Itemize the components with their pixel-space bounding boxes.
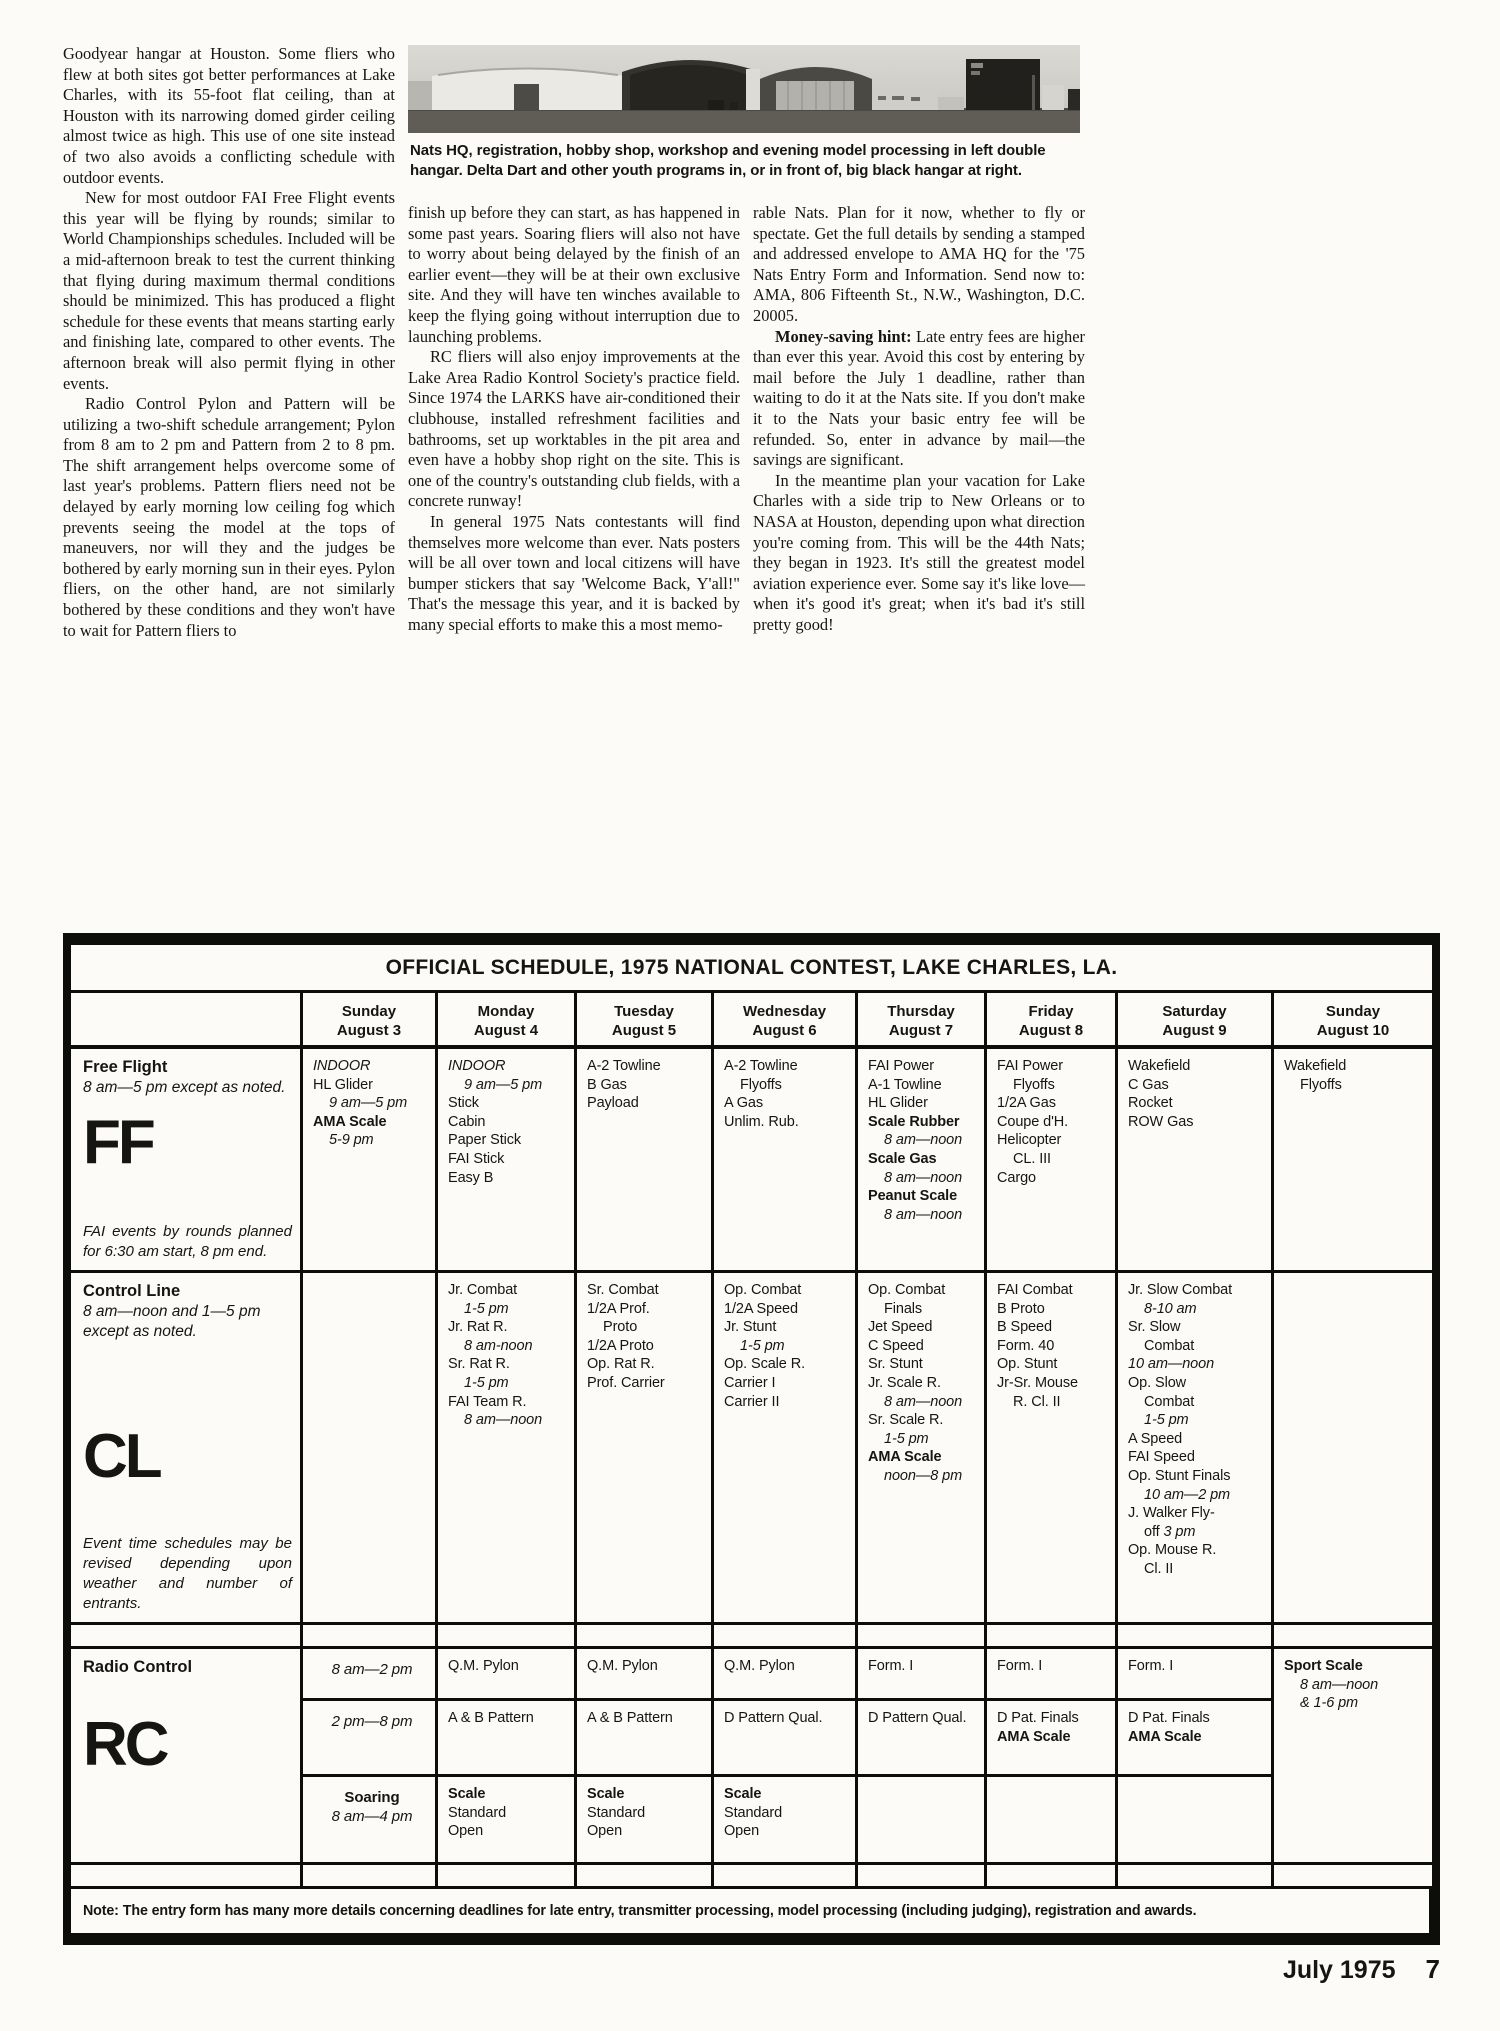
event-line: Q.M. Pylon bbox=[448, 1657, 570, 1676]
event-line: Cabin bbox=[448, 1113, 570, 1132]
event-line: A Speed bbox=[1128, 1430, 1267, 1449]
event-line: Form. I bbox=[868, 1657, 980, 1676]
event-line: 1-5 pm bbox=[1128, 1411, 1267, 1430]
event-line: Stick bbox=[448, 1094, 570, 1113]
event-line: 1/2A Prof. bbox=[587, 1300, 707, 1319]
event-line: D Pattern Qual. bbox=[868, 1709, 980, 1728]
event-line: Jr-Sr. Mouse bbox=[997, 1374, 1111, 1393]
event-line: Open bbox=[724, 1822, 851, 1841]
event-line: 8 am—noon bbox=[1284, 1676, 1428, 1695]
paragraph: finish up before they can start, as has … bbox=[408, 203, 740, 347]
event-line: Q.M. Pylon bbox=[724, 1657, 851, 1676]
event-line: FAI Power bbox=[868, 1057, 980, 1076]
ff-cell-aug9: WakefieldC GasRocketROW Gas bbox=[1118, 1049, 1274, 1273]
event-line: A & B Pattern bbox=[448, 1709, 570, 1728]
event-line: B Gas bbox=[587, 1076, 707, 1095]
spacer-cell bbox=[987, 1865, 1118, 1889]
event-line: 8 am—noon bbox=[868, 1393, 980, 1412]
event-line: C Gas bbox=[1128, 1076, 1267, 1095]
event-line: Peanut Scale bbox=[868, 1187, 980, 1206]
event-line: Scale Gas bbox=[868, 1150, 980, 1169]
rc-cell-aug7-shift2: D Pattern Qual. bbox=[858, 1701, 987, 1777]
event-line: AMA Scale bbox=[997, 1728, 1111, 1747]
event-line: A-1 Towline bbox=[868, 1076, 980, 1095]
event-line: Combat bbox=[1128, 1337, 1267, 1356]
event-line: Cargo bbox=[997, 1169, 1111, 1188]
event-line: Flyoffs bbox=[997, 1076, 1111, 1095]
cl-cell-aug9: Jr. Slow Combat8-10 amSr. SlowCombat10 a… bbox=[1118, 1273, 1274, 1625]
radio-control-label-cell: Radio Control RC bbox=[71, 1649, 303, 1865]
paragraph: In the meantime plan your vacation for L… bbox=[753, 471, 1085, 636]
event-line: Form. 40 bbox=[997, 1337, 1111, 1356]
rc-cell-aug4-soaring: ScaleStandardOpen bbox=[438, 1777, 577, 1865]
event-line: Cl. II bbox=[1128, 1560, 1267, 1579]
event-line: Op. Combat bbox=[724, 1281, 851, 1300]
spacer-cell bbox=[303, 1865, 438, 1889]
rc-cell-aug7-soaring bbox=[858, 1777, 987, 1865]
event-line: Helicopter bbox=[997, 1131, 1111, 1150]
event-line: Jr. Combat bbox=[448, 1281, 570, 1300]
event-line: Proto bbox=[587, 1318, 707, 1337]
event-line: 8 am—noon bbox=[868, 1169, 980, 1188]
rc-cell-aug5-shift2: A & B Pattern bbox=[577, 1701, 714, 1777]
event-line: noon—8 pm bbox=[868, 1467, 980, 1486]
event-line: Jr. Slow Combat bbox=[1128, 1281, 1267, 1300]
cl-cell-aug8: FAI CombatB ProtoB SpeedForm. 40Op. Stun… bbox=[987, 1273, 1118, 1625]
schedule-title: OFFICIAL SCHEDULE, 1975 NATIONAL CONTEST… bbox=[71, 945, 1432, 993]
event-line: Form. I bbox=[997, 1657, 1111, 1676]
event-line: Jet Speed bbox=[868, 1318, 980, 1337]
event-line: Jr. Rat R. bbox=[448, 1318, 570, 1337]
event-line: Carrier I bbox=[724, 1374, 851, 1393]
event-line: 8 am—noon bbox=[868, 1206, 980, 1225]
event-line: off 3 pm bbox=[1128, 1523, 1267, 1542]
cl-cell-aug4: Jr. Combat1-5 pmJr. Rat R.8 am-noonSr. R… bbox=[438, 1273, 577, 1625]
event-line: 1-5 pm bbox=[724, 1337, 851, 1356]
far-right-building bbox=[1042, 85, 1064, 110]
event-line: Op. Combat bbox=[868, 1281, 980, 1300]
rc-cell-aug7-shift1: Form. I bbox=[858, 1649, 987, 1701]
event-line: Wakefield bbox=[1284, 1057, 1428, 1076]
row-note: Event time schedules may be revised depe… bbox=[83, 1534, 292, 1614]
ladder-pole bbox=[1032, 75, 1035, 110]
event-line: C Speed bbox=[868, 1337, 980, 1356]
paragraph: In general 1975 Nats contestants will fi… bbox=[408, 512, 740, 636]
article-column-3: rable Nats. Plan for it now, whether to … bbox=[753, 203, 1085, 635]
event-line: D Pat. Finals bbox=[1128, 1709, 1267, 1728]
event-line: Rocket bbox=[1128, 1094, 1267, 1113]
event-line: 9 am—5 pm bbox=[448, 1076, 570, 1095]
spacer-cell bbox=[1274, 1625, 1432, 1649]
rc-cell-aug8-shift1: Form. I bbox=[987, 1649, 1118, 1701]
spacer-cell bbox=[303, 1625, 438, 1649]
event-line: Paper Stick bbox=[448, 1131, 570, 1150]
event-line: 2 pm—8 pm bbox=[313, 1713, 431, 1732]
day-header: SaturdayAugust 9 bbox=[1118, 993, 1274, 1049]
rc-cell-aug10-sport-scale: Sport Scale8 am—noon& 1-6 pm bbox=[1274, 1649, 1432, 1865]
event-line: Sr. Scale R. bbox=[868, 1411, 980, 1430]
event-line: 1/2A Speed bbox=[724, 1300, 851, 1319]
dome-pillar bbox=[746, 69, 760, 110]
event-line: B Proto bbox=[997, 1300, 1111, 1319]
event-line: Easy B bbox=[448, 1169, 570, 1188]
spacer-cell bbox=[438, 1865, 577, 1889]
event-line: Standard bbox=[587, 1804, 707, 1823]
free-flight-label-cell: Free Flight 8 am—5 pm except as noted. F… bbox=[71, 1049, 303, 1273]
paragraph: RC fliers will also enjoy improvements a… bbox=[408, 347, 740, 512]
event-line: AMA Scale bbox=[1128, 1728, 1267, 1747]
event-line: HL Glider bbox=[868, 1094, 980, 1113]
event-line: 10 am—noon bbox=[1128, 1355, 1267, 1374]
event-line: 8 am—4 pm bbox=[313, 1808, 431, 1827]
ff-cell-aug3: INDOORHL Glider9 am—5 pmAMA Scale5-9 pm bbox=[303, 1049, 438, 1273]
event-line: Sport Scale bbox=[1284, 1657, 1428, 1676]
spacer-cell bbox=[858, 1865, 987, 1889]
event-line: Combat bbox=[1128, 1393, 1267, 1412]
event-line: B Speed bbox=[997, 1318, 1111, 1337]
rc-cell-aug9-shift1: Form. I bbox=[1118, 1649, 1274, 1701]
event-line: Scale bbox=[724, 1785, 851, 1804]
magazine-page: Goodyear hangar at Houston. Some fliers … bbox=[0, 0, 1500, 2031]
rc-cell-aug4-shift1: Q.M. Pylon bbox=[438, 1649, 577, 1701]
event-line: Scale Rubber bbox=[868, 1113, 980, 1132]
event-line: FAI Power bbox=[997, 1057, 1111, 1076]
day-header: TuesdayAugust 5 bbox=[577, 993, 714, 1049]
schedule-table: OFFICIAL SCHEDULE, 1975 NATIONAL CONTEST… bbox=[63, 933, 1440, 1945]
event-line: Open bbox=[587, 1822, 707, 1841]
rc-cell-aug8-shift2: D Pat. FinalsAMA Scale bbox=[987, 1701, 1118, 1777]
schedule-note: Note: The entry form has many more detai… bbox=[71, 1889, 1432, 1933]
paragraph: New for most outdoor FAI Free Flight eve… bbox=[63, 188, 395, 394]
low-white-buildings bbox=[872, 92, 938, 110]
event-line: 1-5 pm bbox=[448, 1374, 570, 1393]
photo-caption: Nats HQ, registration, hobby shop, works… bbox=[410, 141, 1086, 181]
row-hours: 8 am—5 pm except as noted. bbox=[83, 1078, 292, 1098]
day-header: FridayAugust 8 bbox=[987, 993, 1118, 1049]
day-header: ThursdayAugust 7 bbox=[858, 993, 987, 1049]
paragraph: Radio Control Pylon and Pattern will be … bbox=[63, 394, 395, 641]
event-line: & 1-6 pm bbox=[1284, 1694, 1428, 1713]
event-line: 9 am—5 pm bbox=[313, 1094, 431, 1113]
event-line: 5-9 pm bbox=[313, 1131, 431, 1150]
event-line: D Pat. Finals bbox=[997, 1709, 1111, 1728]
event-line: R. Cl. II bbox=[997, 1393, 1111, 1412]
issue-date: July 1975 bbox=[1283, 1956, 1396, 1984]
row-title: Control Line bbox=[83, 1281, 292, 1302]
event-line: Op. Mouse R. bbox=[1128, 1541, 1267, 1560]
day-header: SundayAugust 3 bbox=[303, 993, 438, 1049]
event-line: FAI Combat bbox=[997, 1281, 1111, 1300]
article-column-2: finish up before they can start, as has … bbox=[408, 203, 740, 635]
event-line: Scale bbox=[448, 1785, 570, 1804]
event-line: 8 am—noon bbox=[448, 1411, 570, 1430]
event-line: Jr. Scale R. bbox=[868, 1374, 980, 1393]
airfield-ground bbox=[408, 109, 1080, 133]
event-line: 1/2A Gas bbox=[997, 1094, 1111, 1113]
spacer-cell bbox=[438, 1625, 577, 1649]
cl-cell-aug3 bbox=[303, 1273, 438, 1625]
ff-cell-aug10: WakefieldFlyoffs bbox=[1274, 1049, 1432, 1273]
event-line: INDOOR bbox=[448, 1057, 570, 1076]
white-hangar-door bbox=[514, 84, 539, 110]
event-line: FAI Speed bbox=[1128, 1448, 1267, 1467]
event-line: Op. Stunt bbox=[997, 1355, 1111, 1374]
event-line: AMA Scale bbox=[868, 1448, 980, 1467]
cl-cell-aug6: Op. Combat1/2A SpeedJr. Stunt1-5 pmOp. S… bbox=[714, 1273, 858, 1625]
event-line: 1-5 pm bbox=[868, 1430, 980, 1449]
spacer-cell bbox=[1118, 1865, 1274, 1889]
event-line: Flyoffs bbox=[724, 1076, 851, 1095]
note-lead: Note: bbox=[83, 1903, 119, 1919]
event-line: Finals bbox=[868, 1300, 980, 1319]
event-line: Standard bbox=[724, 1804, 851, 1823]
event-line: Sr. Stunt bbox=[868, 1355, 980, 1374]
rc-cell-aug6-soaring: ScaleStandardOpen bbox=[714, 1777, 858, 1865]
event-line: INDOOR bbox=[313, 1057, 431, 1076]
event-line: FAI Team R. bbox=[448, 1393, 570, 1412]
event-line: 1-5 pm bbox=[448, 1300, 570, 1319]
row-note: FAI events by rounds planned for 6:30 am… bbox=[83, 1222, 292, 1262]
hangar-photo bbox=[408, 45, 1080, 133]
event-line: Q.M. Pylon bbox=[587, 1657, 707, 1676]
event-line: Sr. Rat R. bbox=[448, 1355, 570, 1374]
row-abbr: RC bbox=[83, 1716, 292, 1774]
spacer-cell bbox=[714, 1865, 858, 1889]
event-line: Op. Scale R. bbox=[724, 1355, 851, 1374]
page-number: 7 bbox=[1426, 1954, 1440, 1984]
event-line: J. Walker Fly- bbox=[1128, 1504, 1267, 1523]
row-hours: 8 am—noon and 1—5 pm except as noted. bbox=[83, 1302, 292, 1342]
event-line: Coupe d'H. bbox=[997, 1113, 1111, 1132]
event-line: 8 am-noon bbox=[448, 1337, 570, 1356]
spacer-cell bbox=[71, 1625, 303, 1649]
event-line: 10 am—2 pm bbox=[1128, 1486, 1267, 1505]
event-line: ROW Gas bbox=[1128, 1113, 1267, 1132]
ff-cell-aug6: A-2 TowlineFlyoffsA GasUnlim. Rub. bbox=[714, 1049, 858, 1273]
paragraph: Goodyear hangar at Houston. Some fliers … bbox=[63, 44, 395, 188]
event-line: HL Glider bbox=[313, 1076, 431, 1095]
event-line: 1/2A Proto bbox=[587, 1337, 707, 1356]
event-line: Unlim. Rub. bbox=[724, 1113, 851, 1132]
event-line: Op. Rat R. bbox=[587, 1355, 707, 1374]
rc-cell-aug6-shift2: D Pattern Qual. bbox=[714, 1701, 858, 1777]
hangar-photo-art bbox=[408, 45, 1080, 133]
cl-cell-aug7: Op. CombatFinalsJet SpeedC SpeedSr. Stun… bbox=[858, 1273, 987, 1625]
ff-cell-aug8: FAI PowerFlyoffs1/2A GasCoupe d'H.Helico… bbox=[987, 1049, 1118, 1273]
spacer-cell bbox=[577, 1865, 714, 1889]
row-abbr: CL bbox=[83, 1428, 292, 1486]
spacer-cell bbox=[1118, 1625, 1274, 1649]
event-line: Prof. Carrier bbox=[587, 1374, 707, 1393]
event-line: A Gas bbox=[724, 1094, 851, 1113]
row-title: Free Flight bbox=[83, 1057, 292, 1078]
left-edge-building bbox=[408, 81, 434, 110]
event-line: Sr. Combat bbox=[587, 1281, 707, 1300]
rc-time-soaring: Soaring8 am—4 pm bbox=[303, 1777, 438, 1865]
rc-time-shift1: 8 am—2 pm bbox=[303, 1649, 438, 1701]
event-line: Open bbox=[448, 1822, 570, 1841]
page-footer: July 19757 bbox=[1180, 1954, 1440, 1985]
event-line: A-2 Towline bbox=[587, 1057, 707, 1076]
event-line: Op. Stunt Finals bbox=[1128, 1467, 1267, 1486]
row-title: Radio Control bbox=[83, 1657, 292, 1678]
equipment bbox=[708, 100, 724, 110]
event-line: AMA Scale bbox=[313, 1113, 431, 1132]
spacer-cell bbox=[987, 1625, 1118, 1649]
control-line-label-cell: Control Line 8 am—noon and 1—5 pm except… bbox=[71, 1273, 303, 1625]
event-line: Payload bbox=[587, 1094, 707, 1113]
paragraph: rable Nats. Plan for it now, whether to … bbox=[753, 203, 1085, 327]
event-line: D Pattern Qual. bbox=[724, 1709, 851, 1728]
event-line: Carrier II bbox=[724, 1393, 851, 1412]
rc-cell-aug5-shift1: Q.M. Pylon bbox=[577, 1649, 714, 1701]
rc-cell-aug4-shift2: A & B Pattern bbox=[438, 1701, 577, 1777]
event-line: 8 am—noon bbox=[868, 1131, 980, 1150]
paragraph: Money-saving hint: Late entry fees are h… bbox=[753, 327, 1085, 471]
rc-cell-aug8-soaring bbox=[987, 1777, 1118, 1865]
event-line: CL. III bbox=[997, 1150, 1111, 1169]
rc-cell-aug5-soaring: ScaleStandardOpen bbox=[577, 1777, 714, 1865]
spacer-cell bbox=[71, 1865, 303, 1889]
spacer-cell bbox=[714, 1625, 858, 1649]
event-line: Soaring bbox=[313, 1789, 431, 1808]
ff-cell-aug7: FAI PowerA-1 TowlineHL GliderScale Rubbe… bbox=[858, 1049, 987, 1273]
spacer-cell bbox=[1274, 1865, 1432, 1889]
day-header-blank bbox=[71, 993, 303, 1049]
rc-cell-aug9-shift2: D Pat. FinalsAMA Scale bbox=[1118, 1701, 1274, 1777]
event-line: Standard bbox=[448, 1804, 570, 1823]
day-header: MondayAugust 4 bbox=[438, 993, 577, 1049]
note-text: The entry form has many more details con… bbox=[123, 1903, 1197, 1919]
ff-cell-aug5: A-2 TowlineB GasPayload bbox=[577, 1049, 714, 1273]
rc-cell-aug9-soaring bbox=[1118, 1777, 1274, 1865]
spacer-cell bbox=[577, 1625, 714, 1649]
event-line: Jr. Stunt bbox=[724, 1318, 851, 1337]
cl-cell-aug5: Sr. Combat1/2A Prof.Proto1/2A ProtoOp. R… bbox=[577, 1273, 714, 1625]
row-abbr: FF bbox=[83, 1114, 292, 1172]
rc-cell-aug6-shift1: Q.M. Pylon bbox=[714, 1649, 858, 1701]
event-line: Wakefield bbox=[1128, 1057, 1267, 1076]
event-line: 8 am—2 pm bbox=[313, 1661, 431, 1680]
event-line: Form. I bbox=[1128, 1657, 1267, 1676]
spacer-cell bbox=[858, 1625, 987, 1649]
day-header: SundayAugust 10 bbox=[1274, 993, 1432, 1049]
rc-time-shift2: 2 pm—8 pm bbox=[303, 1701, 438, 1777]
event-line: Scale bbox=[587, 1785, 707, 1804]
event-line: FAI Stick bbox=[448, 1150, 570, 1169]
event-line: Flyoffs bbox=[1284, 1076, 1428, 1095]
event-line: A & B Pattern bbox=[587, 1709, 707, 1728]
cl-cell-aug10 bbox=[1274, 1273, 1432, 1625]
event-line: Op. Slow bbox=[1128, 1374, 1267, 1393]
event-line: Sr. Slow bbox=[1128, 1318, 1267, 1337]
day-header: WednesdayAugust 6 bbox=[714, 993, 858, 1049]
event-line: A-2 Towline bbox=[724, 1057, 851, 1076]
ff-cell-aug4: INDOOR9 am—5 pmStickCabinPaper StickFAI … bbox=[438, 1049, 577, 1273]
event-line: 8-10 am bbox=[1128, 1300, 1267, 1319]
article-column-1: Goodyear hangar at Houston. Some fliers … bbox=[63, 44, 395, 641]
